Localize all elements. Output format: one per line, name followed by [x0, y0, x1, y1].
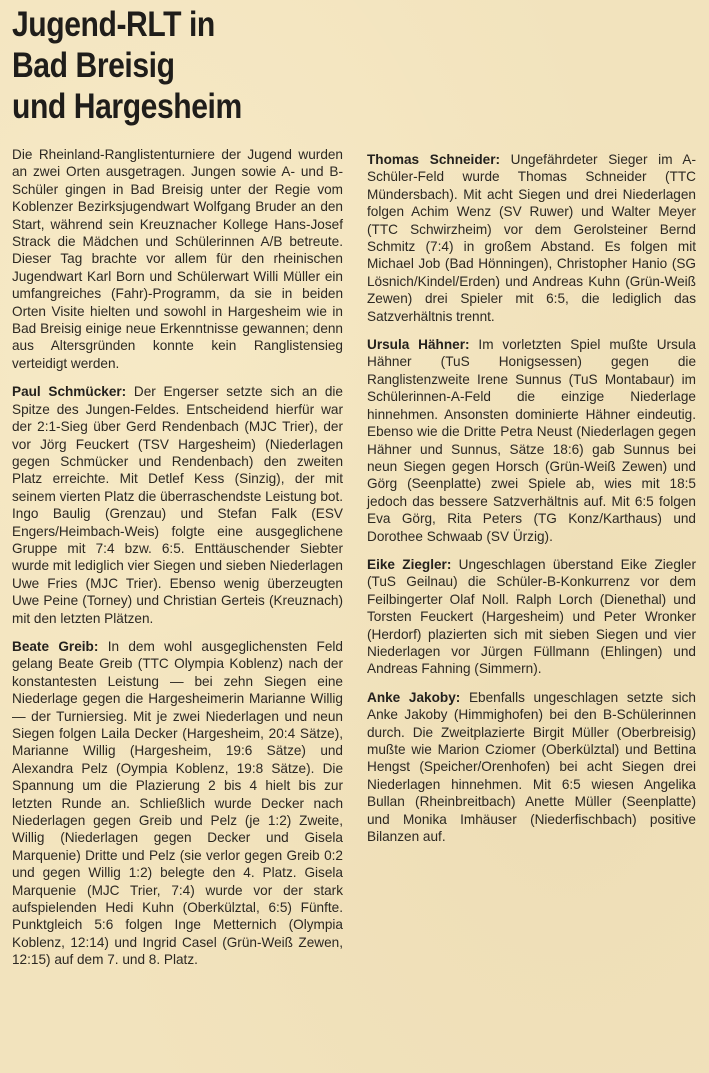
section-thomas-schneider: Thomas Schneider: Ungefährdeter Sieger i…	[367, 151, 696, 325]
section-lead: Anke Jakoby:	[367, 690, 460, 705]
headline-line-1: Jugend-RLT in	[12, 4, 242, 45]
section-lead: Paul Schmücker:	[12, 384, 126, 399]
section-beate-greib: Beate Greib: In dem wohl ausgeglichenste…	[12, 638, 343, 969]
section-lead: Ursula Hähner:	[367, 337, 470, 352]
right-column: Thomas Schneider: Ungefährdeter Sieger i…	[367, 151, 696, 856]
section-body: Der Engerser setzte sich an die Spitze d…	[12, 384, 343, 625]
section-paul-schmuecker: Paul Schmücker: Der Engerser setzte sich…	[12, 383, 343, 627]
section-body: In dem wohl ausgeglichensten Feld gelang…	[12, 639, 343, 967]
section-anke-jakoby: Anke Jakoby: Ebenfalls ungeschlagen setz…	[367, 689, 696, 846]
left-column: Die Rheinland-Ranglistenturniere der Jug…	[12, 146, 343, 980]
intro-paragraph: Die Rheinland-Ranglistenturniere der Jug…	[12, 146, 343, 372]
headline-line-3: und Hargesheim	[12, 86, 242, 127]
article-headline: Jugend-RLT in Bad Breisig und Hargesheim	[12, 4, 242, 127]
newspaper-page: Jugend-RLT in Bad Breisig und Hargesheim…	[0, 0, 709, 1073]
section-lead: Beate Greib:	[12, 639, 98, 654]
section-body: Ungeschlagen überstand Eike Ziegler (TuS…	[367, 557, 696, 676]
section-lead: Eike Ziegler:	[367, 557, 451, 572]
section-eike-ziegler: Eike Ziegler: Ungeschlagen überstand Eik…	[367, 556, 696, 678]
section-body: Ungefährdeter Sieger im A-Schüler-Feld w…	[367, 152, 696, 324]
headline-line-2: Bad Breisig	[12, 45, 242, 86]
section-body: Ebenfalls ungeschlagen setzte sich Anke …	[367, 690, 696, 844]
section-lead: Thomas Schneider:	[367, 152, 500, 167]
section-body: Im vorletzten Spiel mußte Ursula Hähner …	[367, 337, 696, 543]
section-ursula-haehner: Ursula Hähner: Im vorletzten Spiel mußte…	[367, 336, 696, 545]
